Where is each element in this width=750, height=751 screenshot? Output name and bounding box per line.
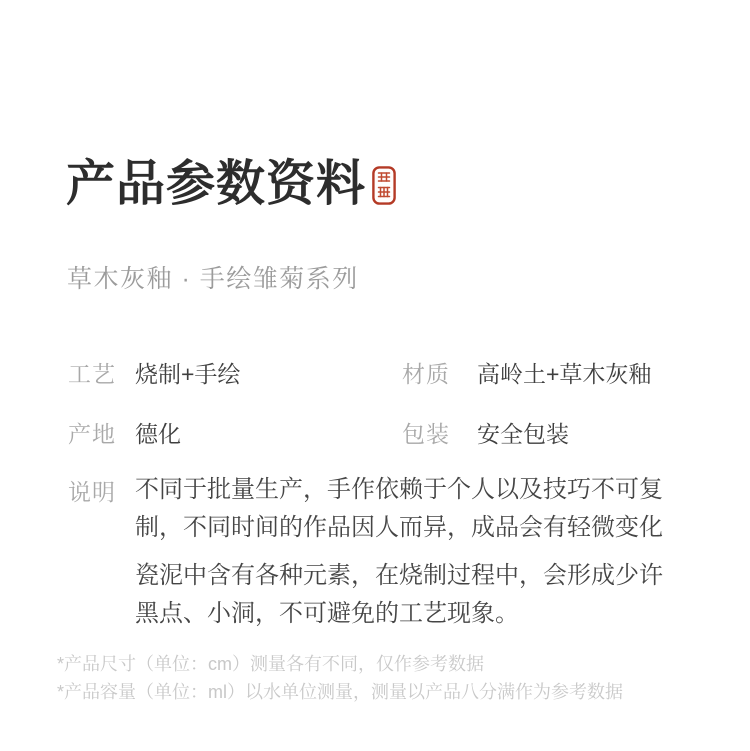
- description-paragraph-2: 瓷泥中含有各种元素，在烧制过程中，会形成少许黑点、小洞，不可避免的工艺现象。: [135, 557, 677, 633]
- footnote-size: *产品尺寸（单位：cm）测量各有不同，仅作参考数据: [57, 650, 623, 678]
- param-label-description: 说明: [68, 479, 116, 505]
- param-value-material: 高岭土+草木灰釉: [477, 361, 651, 387]
- seal-stamp-icon: [372, 166, 396, 205]
- param-label-craft: 工艺: [68, 361, 116, 387]
- product-parameters-page: 产品参数资料 草木灰釉 · 手绘雏菊系列 工艺 烧制+手绘 材质 高岭土+草木灰…: [0, 0, 750, 751]
- param-label-origin: 产地: [68, 421, 116, 447]
- param-value-origin: 德化: [135, 421, 181, 447]
- title-row: 产品参数资料: [66, 156, 396, 212]
- param-value-package: 安全包装: [477, 421, 569, 447]
- param-value-craft: 烧制+手绘: [135, 361, 240, 387]
- footnotes: *产品尺寸（单位：cm）测量各有不同，仅作参考数据 *产品容量（单位：ml）以水…: [57, 650, 623, 706]
- param-label-material: 材质: [402, 361, 450, 387]
- page-title: 产品参数资料: [66, 156, 366, 212]
- series-subtitle: 草木灰釉 · 手绘雏菊系列: [67, 263, 359, 295]
- param-label-package: 包装: [402, 421, 450, 447]
- description-paragraph-1: 不同于批量生产，手作依赖于个人以及技巧不可复制，不同时间的作品因人而异，成品会有…: [135, 471, 677, 547]
- description-text: 不同于批量生产，手作依赖于个人以及技巧不可复制，不同时间的作品因人而异，成品会有…: [135, 471, 677, 633]
- footnote-capacity: *产品容量（单位：ml）以水单位测量，测量以产品八分满作为参考数据: [57, 678, 623, 706]
